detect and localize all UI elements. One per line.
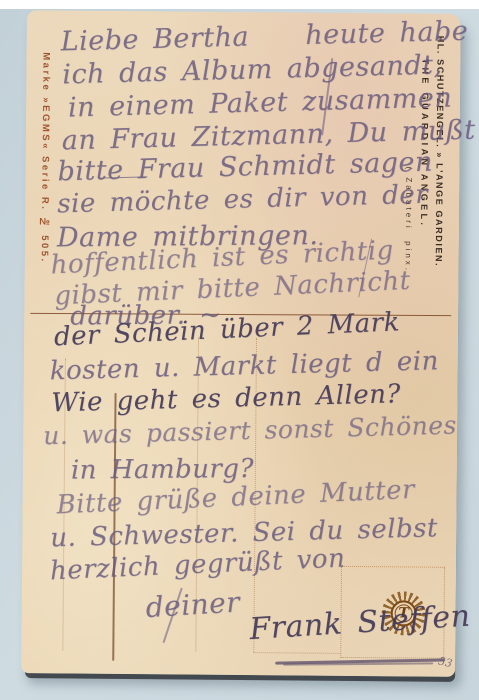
dotted-guide-line	[253, 652, 340, 654]
corner-number-note: 53	[437, 654, 453, 670]
postcard-back: Marke »EGMS« Serie R. № 505. HL. SCHUTZE…	[21, 10, 461, 677]
pencil-scribble-line	[283, 662, 433, 665]
publisher-series-caption: Marke »EGMS« Serie R. № 505.	[39, 52, 52, 264]
handwriting-line: deiner	[145, 585, 241, 624]
handwriting-line: in Hamburg?	[71, 454, 254, 486]
